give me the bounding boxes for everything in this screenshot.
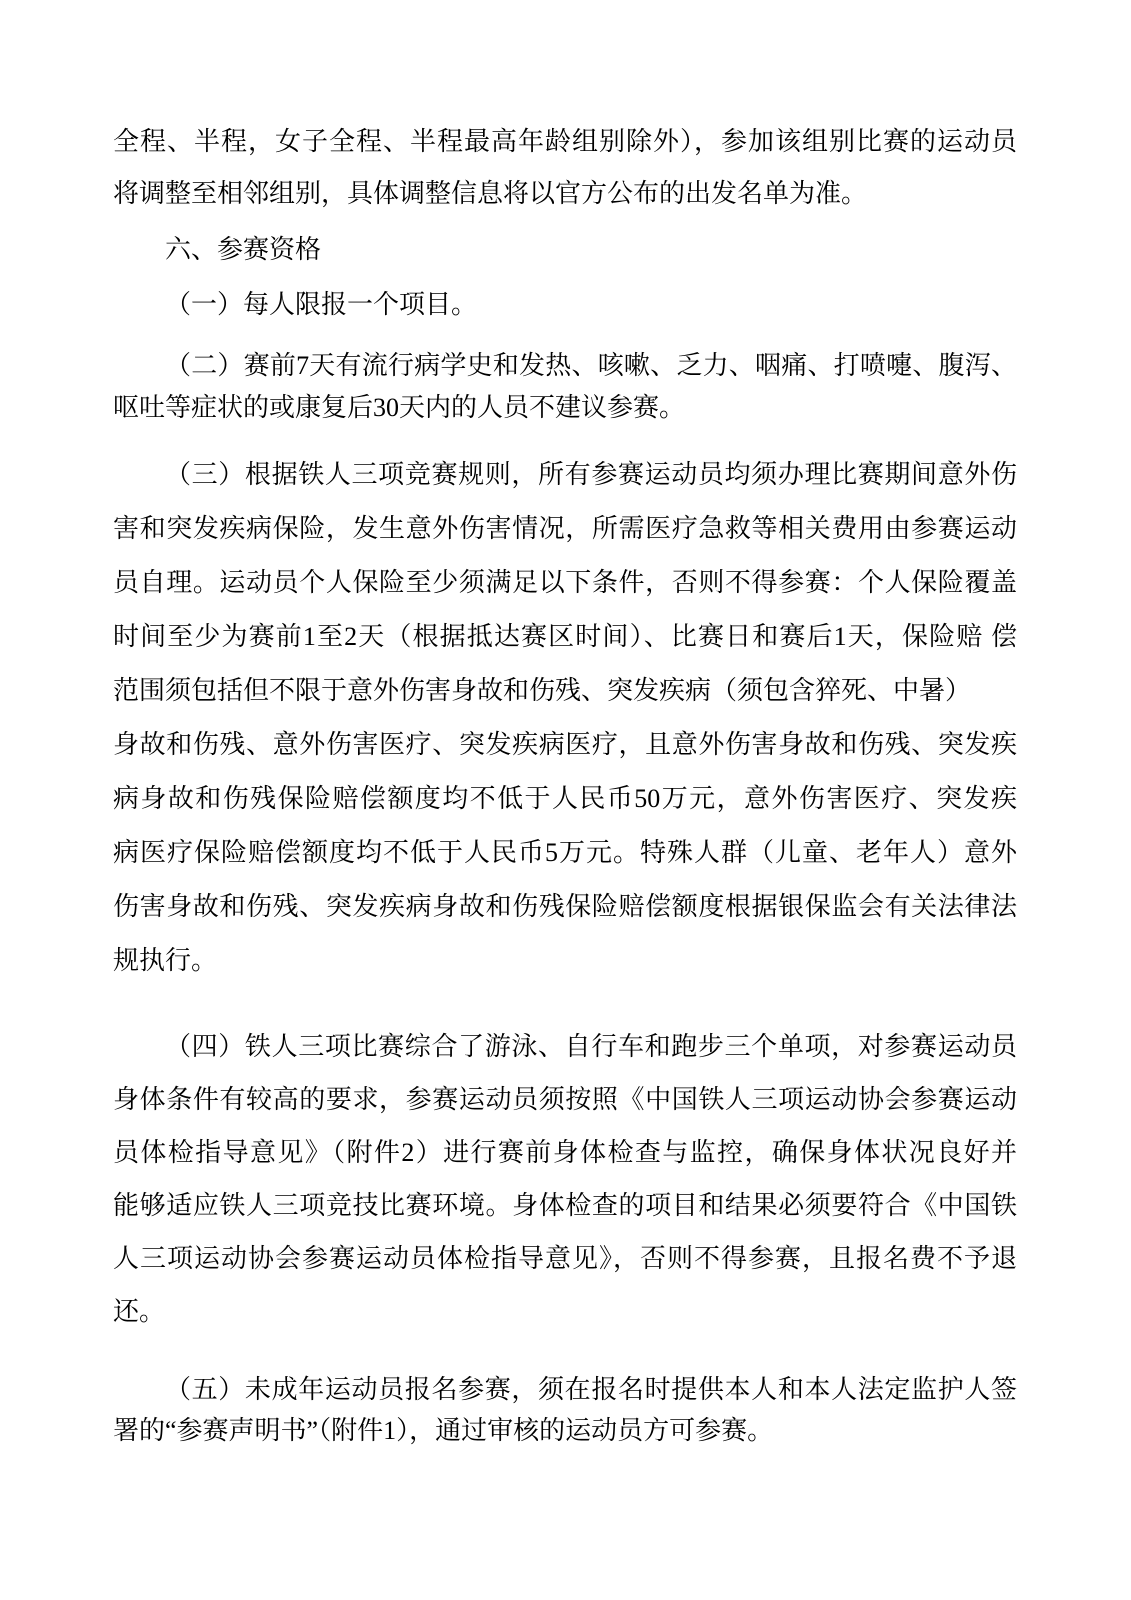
text-line: 病身故和伤残保险赔偿额度均不低于人民币50万元，意外伤害医疗、突发疾 [113, 772, 1017, 826]
text-line: 署的“参赛声明书”（附件1），通过审核的运动员方可参赛。 [113, 1410, 1017, 1451]
text-line: 能够适应铁人三项竞技比赛环境。身体检查的项目和结果必须要符合《中国铁 [113, 1179, 1017, 1232]
text-line: （五）未成年运动员报名参赛，须在报名时提供本人和本人法定监护人签 [113, 1369, 1017, 1410]
text-line: （三）根据铁人三项竞赛规则，所有参赛运动员均须办理比赛期间意外伤 [113, 448, 1017, 502]
text-line: 人三项运动协会参赛运动员体检指导意见》，否则不得参赛，且报名费不予退 [113, 1232, 1017, 1285]
text-line: 员自理。运动员个人保险至少须满足以下条件，否则不得参赛：个人保险覆盖 [113, 556, 1017, 610]
text-line: （二）赛前7天有流行病学史和发热、咳嗽、乏力、咽痛、打喷嚏、腹泻、 [113, 345, 1017, 387]
text-line: 规执行。 [113, 934, 1017, 988]
text-line: 伤害身故和伤残、突发疾病身故和伤残保险赔偿额度根据银保监会有关法律法 [113, 880, 1017, 934]
text-line: 将调整至相邻组别，具体调整信息将以官方公布的出发名单为准。 [113, 168, 1017, 220]
text-line: （四）铁人三项比赛综合了游泳、自行车和跑步三个单项，对参赛运动员 [113, 1020, 1017, 1073]
text-line: 呕吐等症状的或康复后30天内的人员不建议参赛。 [113, 387, 1017, 429]
text-line: 范围须包括但不限于意外伤害身故和伤残、突发疾病（须包含猝死、中暑） [113, 664, 1017, 718]
text-line: 全程、半程，女子全程、半程最高年龄组别除外），参加该组别比赛的运动员 [113, 116, 1017, 168]
document-page: 全程、半程，女子全程、半程最高年龄组别除外），参加该组别比赛的运动员将调整至相邻… [0, 0, 1131, 1600]
text-line: （一）每人限报一个项目。 [113, 279, 1017, 331]
paragraph-intro-continuation: 全程、半程，女子全程、半程最高年龄组别除外），参加该组别比赛的运动员将调整至相邻… [113, 116, 1017, 220]
list-item-1: （一）每人限报一个项目。 [113, 279, 1017, 331]
text-line: 身体条件有较高的要求，参赛运动员须按照《中国铁人三项运动协会参赛运动 [113, 1073, 1017, 1126]
list-item-4: （四）铁人三项比赛综合了游泳、自行车和跑步三个单项，对参赛运动员身体条件有较高的… [113, 1020, 1017, 1338]
text-line: 身故和伤残、意外伤害医疗、突发疾病医疗，且意外伤害身故和伤残、突发疾 [113, 718, 1017, 772]
section-heading: 六、参赛资格 [113, 224, 1017, 276]
text-line: 六、参赛资格 [113, 224, 1017, 276]
list-item-2: （二）赛前7天有流行病学史和发热、咳嗽、乏力、咽痛、打喷嚏、腹泻、呕吐等症状的或… [113, 345, 1017, 429]
list-item-5: （五）未成年运动员报名参赛，须在报名时提供本人和本人法定监护人签署的“参赛声明书… [113, 1369, 1017, 1451]
text-line: 时间至少为赛前1至2天（根据抵达赛区时间）、比赛日和赛后1天，保险赔 偿 [113, 610, 1017, 664]
text-line: 员体检指导意见》（附件2）进行赛前身体检查与监控，确保身体状况良好并 [113, 1126, 1017, 1179]
document-body: 全程、半程，女子全程、半程最高年龄组别除外），参加该组别比赛的运动员将调整至相邻… [113, 116, 1017, 1451]
text-line: 还。 [113, 1285, 1017, 1338]
text-line: 病医疗保险赔偿额度均不低于人民币5万元。特殊人群（儿童、老年人）意外 [113, 826, 1017, 880]
list-item-3: （三）根据铁人三项竞赛规则，所有参赛运动员均须办理比赛期间意外伤害和突发疾病保险… [113, 448, 1017, 988]
text-line: 害和突发疾病保险，发生意外伤害情况，所需医疗急救等相关费用由参赛运动 [113, 502, 1017, 556]
